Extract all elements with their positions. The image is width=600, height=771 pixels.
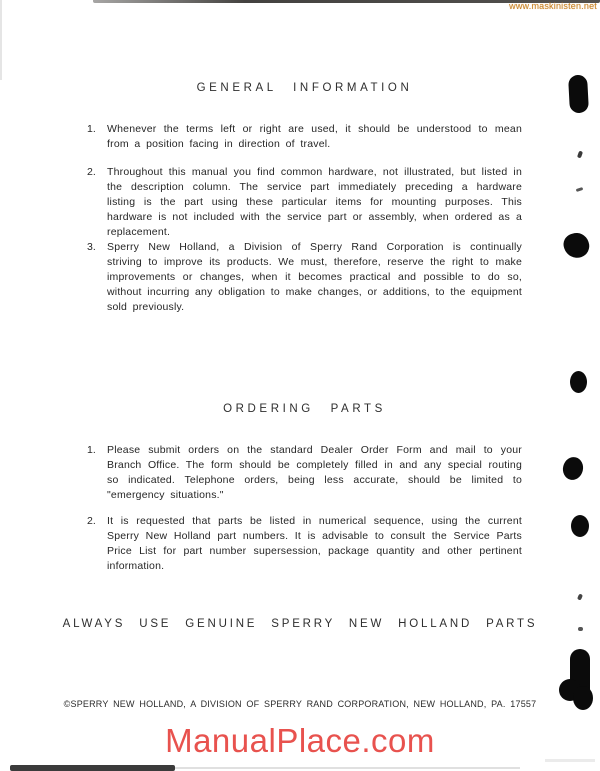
item-text: Throughout this manual you find common h…	[107, 165, 522, 240]
scan-bottom-edge-artifact	[10, 765, 175, 771]
item-number: 2.	[87, 165, 107, 240]
scan-mark-dot	[570, 371, 587, 393]
list-item: 1. Please submit orders on the standard …	[87, 443, 522, 503]
scan-mark-dot	[561, 455, 586, 482]
item-text: Please submit orders on the standard Dea…	[107, 443, 522, 503]
section-heading-general-information: GENERAL INFORMATION	[87, 82, 522, 94]
scan-mark-tick	[577, 151, 583, 159]
maskinisten-watermark: www.maskinisten.net	[509, 1, 597, 11]
scan-mark-tick	[577, 593, 583, 600]
item-text: It is requested that parts be listed in …	[107, 514, 522, 574]
scan-mark-blob	[561, 230, 593, 262]
list-item: 2. It is requested that parts be listed …	[87, 514, 522, 574]
scan-mark-blob-bottom	[573, 686, 593, 710]
scan-bottom-edge-faint	[175, 767, 520, 769]
item-number: 1.	[87, 443, 107, 503]
section-heading-ordering-parts: ORDERING PARTS	[87, 403, 522, 415]
item-number: 3.	[87, 240, 107, 315]
item-number: 1.	[87, 122, 107, 152]
scan-corner-faint	[545, 759, 595, 762]
list-item: 2. Throughout this manual you find commo…	[87, 165, 522, 240]
item-text: Sperry New Holland, a Division of Sperry…	[107, 240, 522, 315]
manualplace-watermark: ManualPlace.com	[0, 722, 600, 760]
scan-mark-tick	[578, 627, 583, 631]
scan-left-edge-artifact	[0, 0, 2, 80]
scan-mark-pill	[568, 75, 589, 114]
scan-mark-dot	[571, 515, 589, 537]
item-text: Whenever the terms left or right are use…	[107, 122, 522, 152]
item-number: 2.	[87, 514, 107, 574]
list-item: 1. Whenever the terms left or right are …	[87, 122, 522, 152]
scanned-manual-page: www.maskinisten.net GENERAL INFORMATION …	[0, 0, 600, 771]
scan-mark-tick	[576, 187, 584, 192]
list-item: 3. Sperry New Holland, a Division of Spe…	[87, 240, 522, 315]
genuine-parts-slogan: ALWAYS USE GENUINE SPERRY NEW HOLLAND PA…	[60, 618, 540, 630]
copyright-line: ©SPERRY NEW HOLLAND, A DIVISION OF SPERR…	[0, 699, 600, 709]
